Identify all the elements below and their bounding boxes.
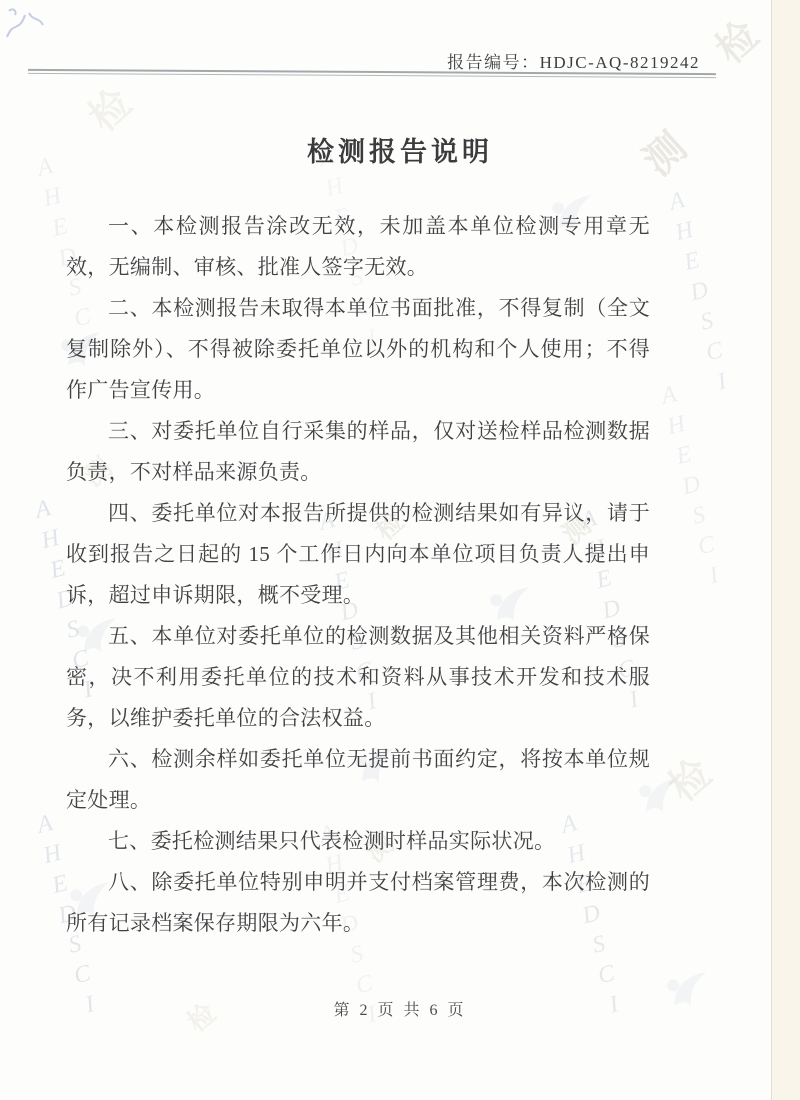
report-number-label: 报告编号： xyxy=(447,53,540,72)
note-paragraph-5: 五、本单位对委托单位的检测数据及其他相关资料严格保密，决不利用委托单位的技术和资… xyxy=(66,616,650,739)
corner-scribble-mark xyxy=(3,3,73,53)
report-number-value: HDJC-AQ-8219242 xyxy=(540,53,700,72)
report-number: 报告编号：HDJC-AQ-8219242 xyxy=(447,48,700,73)
watermark-text: A H E D S C I xyxy=(657,379,727,594)
note-paragraph-2: 二、本检测报告未取得本单位书面批准，不得复制（全文复制除外）、不得被除委托单位以… xyxy=(66,288,650,411)
report-page: A H E D S C IA H E D S C IA H E D S C IA… xyxy=(0,0,800,1100)
watermark-stamp-glyph: 检 xyxy=(701,5,769,74)
note-paragraph-1: 一、本检测报告涂改无效，未加盖本单位检测专用章无效，无编制、审核、批准人签字无效… xyxy=(66,206,650,288)
page-title: 检测报告说明 xyxy=(0,130,800,169)
note-paragraph-7: 七、委托检测结果只代表检测时样品实际状况。 xyxy=(66,821,650,862)
report-notes: 一、本检测报告涂改无效，未加盖本单位检测专用章无效，无编制、审核、批准人签字无效… xyxy=(66,206,650,944)
scan-edge-strip xyxy=(771,0,800,1100)
note-paragraph-4: 四、委托单位对本报告所提供的检测结果如有异议，请于收到报告之日起的 15 个工作… xyxy=(66,493,650,616)
page-footer: 第 2 页 共 6 页 xyxy=(0,997,800,1020)
note-paragraph-8: 八、除委托单位特别申明并支付档案管理费，本次检测的所有记录档案保存期限为六年。 xyxy=(66,862,650,944)
watermark-text: A H E D S C I xyxy=(665,185,735,400)
note-paragraph-6: 六、检测余样如委托单位无提前书面约定，将按本单位规定处理。 xyxy=(66,739,650,821)
note-paragraph-3: 三、对委托单位自行采集的样品，仅对送检样品检测数据负责，不对样品来源负责。 xyxy=(66,411,650,493)
